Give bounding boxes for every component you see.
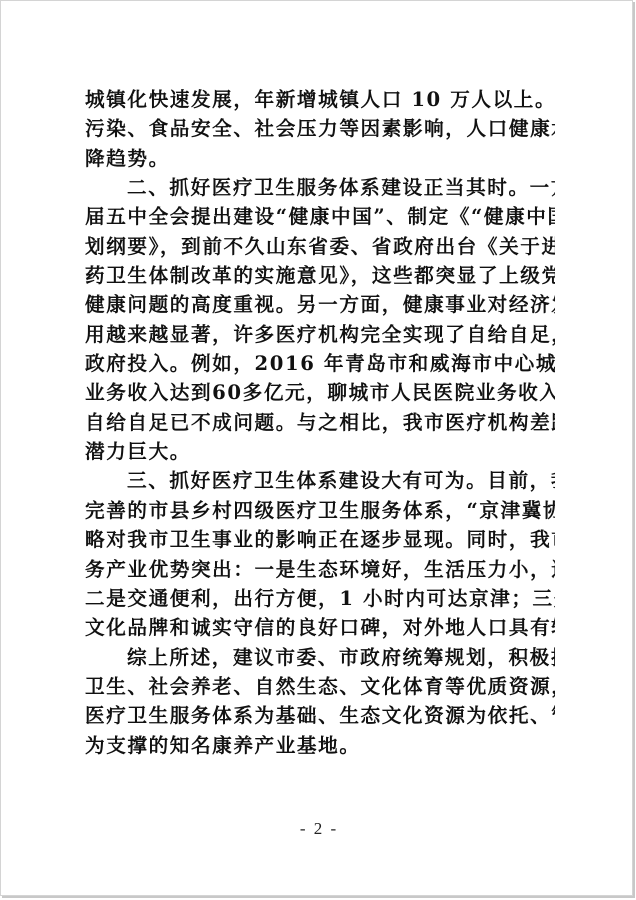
paragraph-summary: 综上所述，建议市委、市政府统筹规划，积极探索整合医疗 卫生、社会养老、自然生态、… bbox=[85, 643, 555, 760]
section-heading-line: 二、抓好医疗卫生服务体系建设正当其时。一方面，从十八 bbox=[85, 173, 555, 202]
text-line: 医疗卫生服务体系为基础、生态文化资源为依托、管理服务能力 bbox=[85, 701, 555, 730]
text-line: 划纲要》，到前不久山东省委、省政府出台《关于进一步深化医 bbox=[85, 232, 555, 261]
text-line: 务产业优势突出：一是生态环境好，生活压力小，适宜居家养老； bbox=[85, 555, 555, 584]
text-line: 二是交通便利，出行方便，1 小时内可达京津；三是好客山东的 bbox=[85, 584, 555, 613]
text-line: 降趋势。 bbox=[85, 144, 555, 173]
text-line: 业务收入达到60多亿元，聊城市人民医院业务收入也达30亿元， bbox=[85, 378, 555, 407]
text-line: 为支撑的知名康养产业基地。 bbox=[85, 731, 555, 760]
text-line: 潜力巨大。 bbox=[85, 437, 555, 466]
text-line: 综上所述，建议市委、市政府统筹规划，积极探索整合医疗 bbox=[85, 643, 555, 672]
section-heading-line: 三、抓好医疗卫生体系建设大有可为。目前，我市已建立起 bbox=[85, 466, 555, 495]
text-line: 届五中全会提出建设“健康中国”、制定《“健康中国 2030”规 bbox=[85, 202, 555, 231]
paragraph-continuation: 城镇化快速发展，年新增城镇人口 10 万人以上。此外，受环境 污染、食品安全、社… bbox=[85, 85, 555, 173]
text-line: 卫生、社会养老、自然生态、文化体育等优质资源，全力构建以 bbox=[85, 672, 555, 701]
text-line: 药卫生体制改革的实施意见》，这些都突显了上级党委、政府对 bbox=[85, 261, 555, 290]
text-line: 健康问题的高度重视。另一方面，健康事业对经济发展的拉动作 bbox=[85, 290, 555, 319]
text-line: 自给自足已不成问题。与之相比，我市医疗机构差距明显，发展 bbox=[85, 408, 555, 437]
text-line: 用越来越显著，许多医疗机构完全实现了自给自足，不需要再靠 bbox=[85, 320, 555, 349]
text-line: 污染、食品安全、社会压力等因素影响，人口健康水平呈不断下 bbox=[85, 114, 555, 143]
document-page: 城镇化快速发展，年新增城镇人口 10 万人以上。此外，受环境 污染、食品安全、社… bbox=[0, 0, 633, 896]
text-line: 完善的市县乡村四级医疗卫生服务体系，“京津冀协同发展”战 bbox=[85, 496, 555, 525]
document-body: 城镇化快速发展，年新增城镇人口 10 万人以上。此外，受环境 污染、食品安全、社… bbox=[85, 85, 555, 760]
page-number: - 2 - bbox=[1, 819, 636, 839]
paragraph-section-three: 三、抓好医疗卫生体系建设大有可为。目前，我市已建立起 完善的市县乡村四级医疗卫生… bbox=[85, 466, 555, 642]
text-line: 略对我市卫生事业的影响正在逐步显现。同时，我市发展医养服 bbox=[85, 525, 555, 554]
text-line: 城镇化快速发展，年新增城镇人口 10 万人以上。此外，受环境 bbox=[85, 85, 555, 114]
paragraph-section-two: 二、抓好医疗卫生服务体系建设正当其时。一方面，从十八 届五中全会提出建设“健康中… bbox=[85, 173, 555, 466]
text-line: 文化品牌和诚实守信的良好口碑，对外地人口具有较大吸引力。 bbox=[85, 613, 555, 642]
text-line: 政府投入。例如，2016 年青岛市和威海市中心城区三甲医院的 bbox=[85, 349, 555, 378]
